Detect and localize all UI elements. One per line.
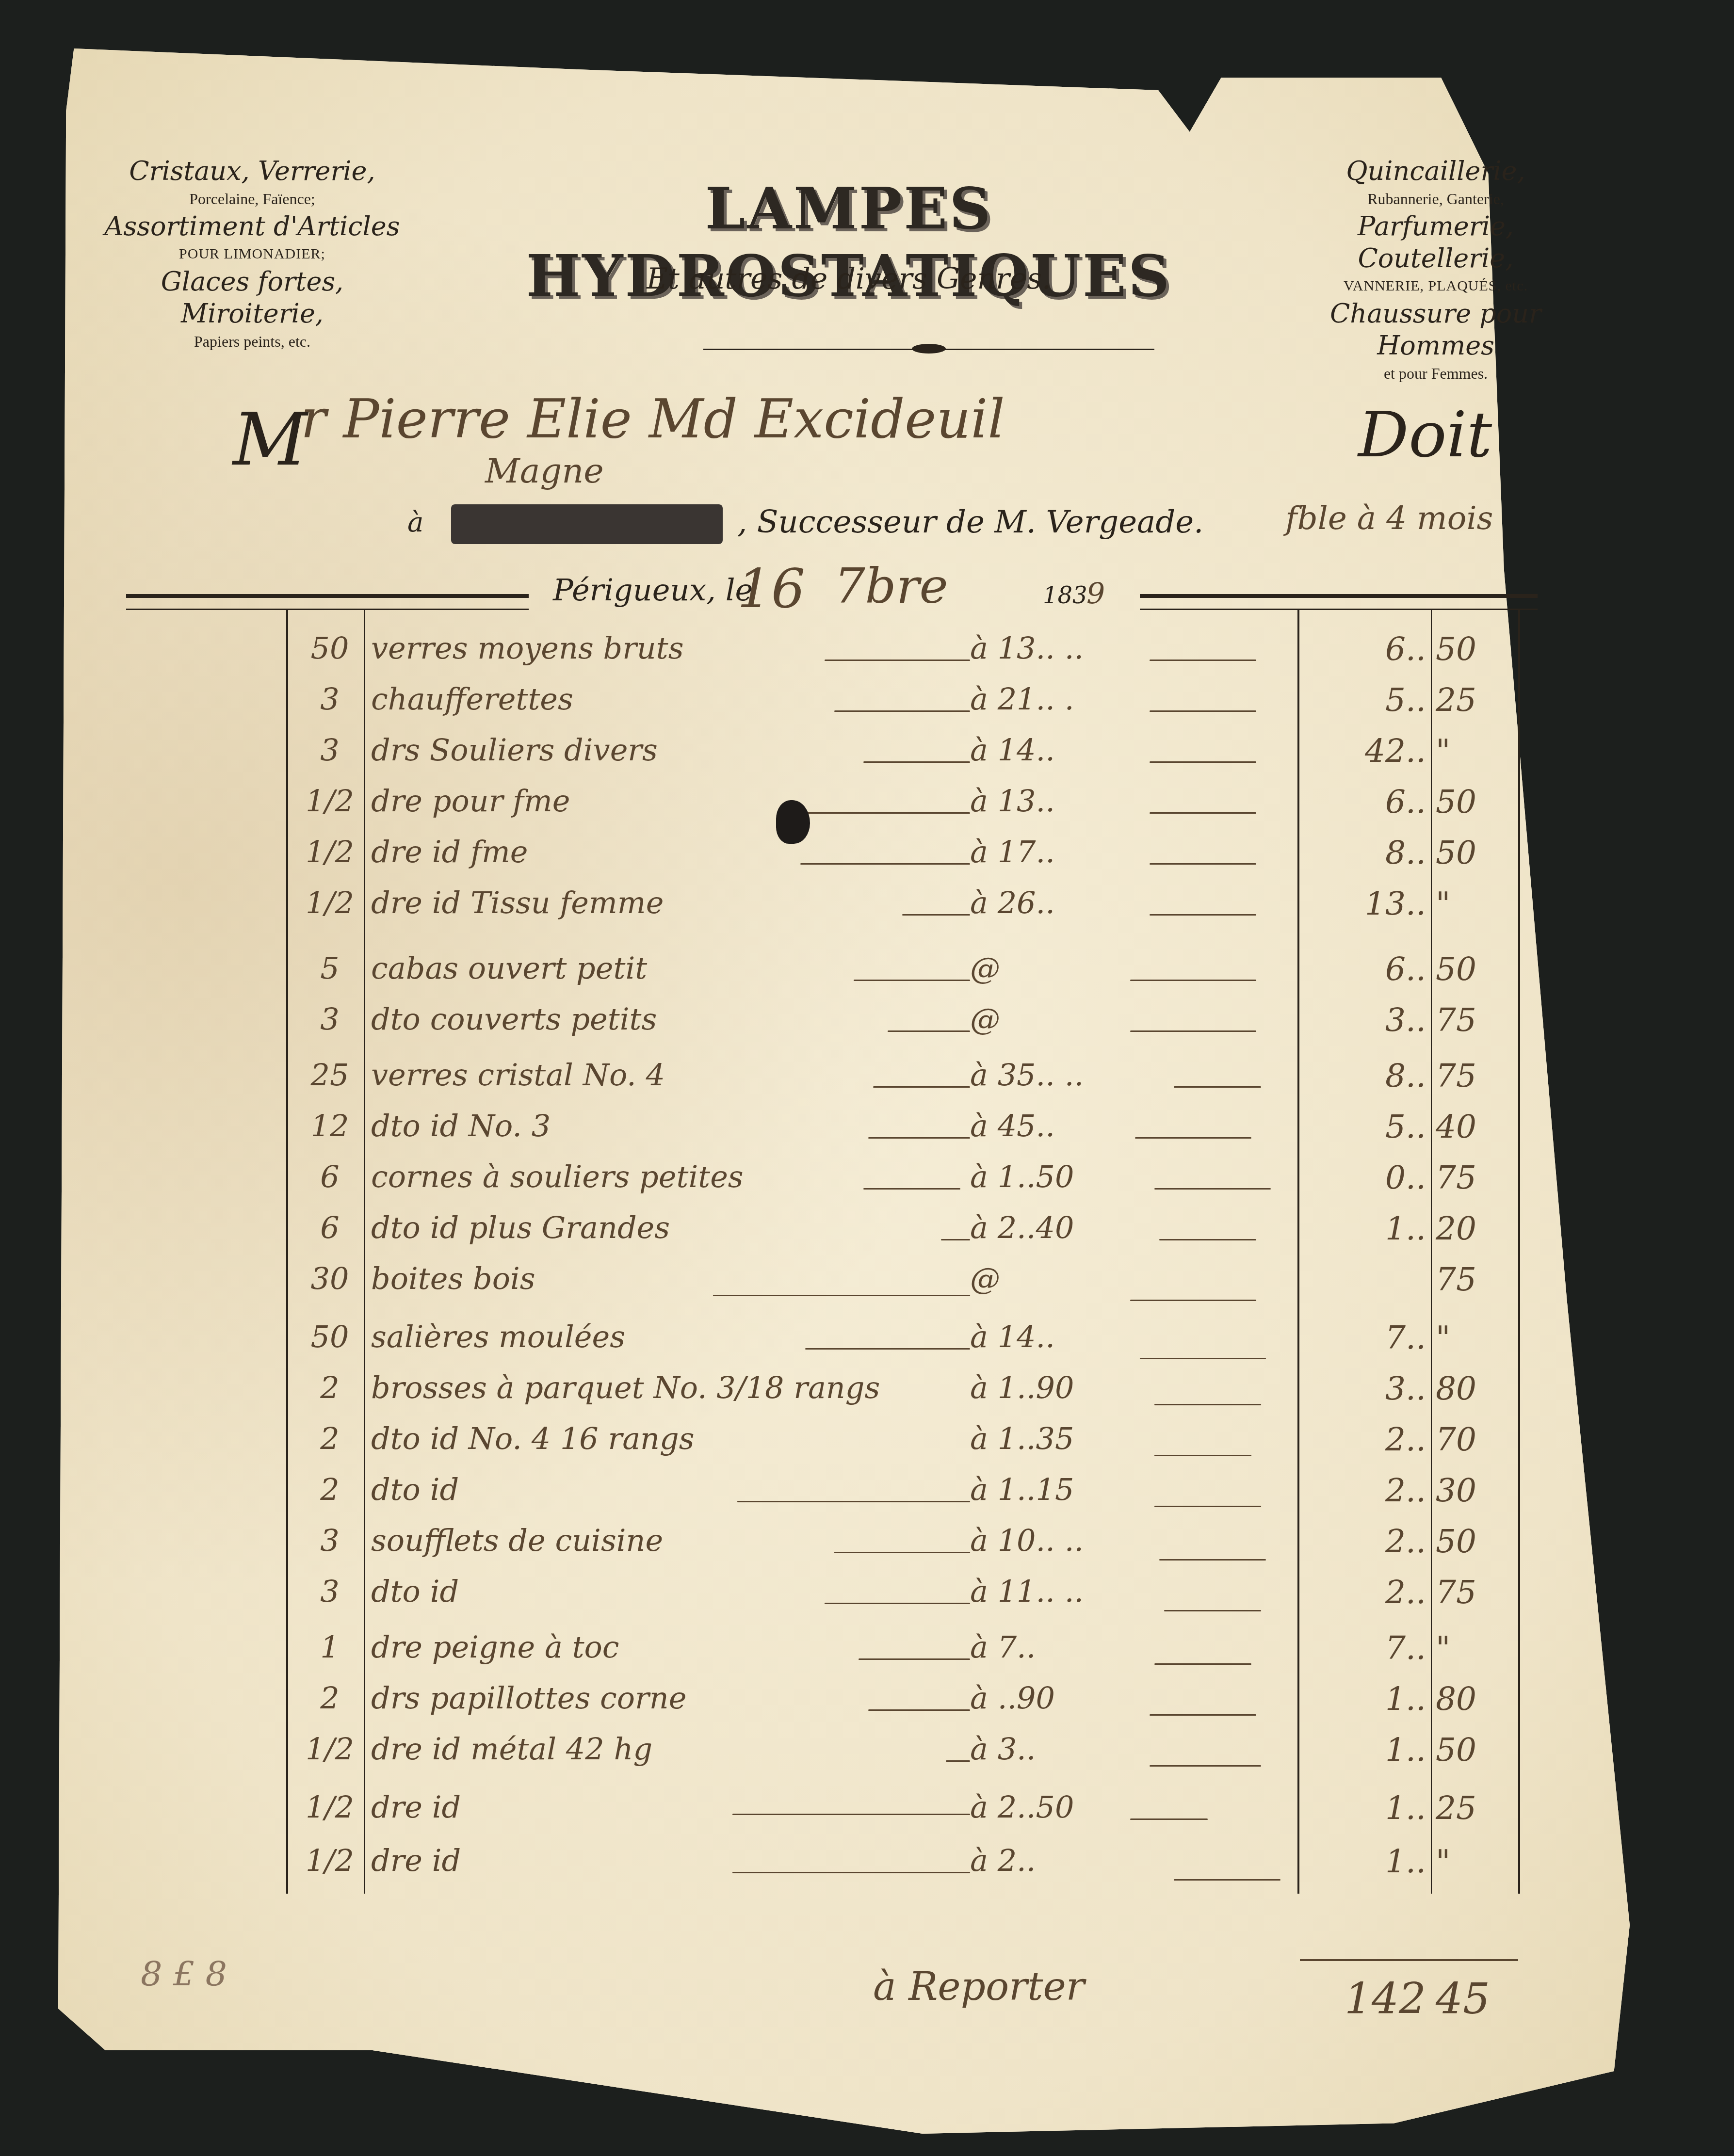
- item-cents: 75: [1436, 1001, 1508, 1039]
- letterhead-left-line: Porcelaine, Faïence;: [102, 187, 403, 210]
- item-price: à 1..50: [970, 1159, 1164, 1194]
- item-price: à 1..35: [970, 1421, 1164, 1456]
- item-francs: 7..: [1310, 1319, 1426, 1356]
- item-cents: 30: [1436, 1472, 1508, 1509]
- date-rule-left: [126, 594, 529, 610]
- item-cents: ": [1436, 1629, 1508, 1667]
- item-qty: 1/2: [291, 1843, 369, 1878]
- letterhead-left-line: Papiers peints, etc.: [102, 330, 403, 353]
- item-cents: 25: [1436, 1789, 1508, 1827]
- letterhead-left-line: POUR LIMONADIER;: [102, 242, 403, 266]
- item-francs: 5..: [1310, 1108, 1426, 1145]
- item-qty: 6: [291, 1159, 369, 1194]
- item-price: à 35.. ..: [970, 1057, 1164, 1093]
- item-price: à ..90: [970, 1680, 1164, 1716]
- item-francs: 2..: [1310, 1421, 1426, 1458]
- item-francs: 1..: [1310, 1789, 1426, 1827]
- item-qty: 1/2: [291, 1789, 369, 1825]
- item-francs: 1..: [1310, 1731, 1426, 1769]
- item-price: à 3..: [970, 1731, 1164, 1767]
- place-correction: Magne: [485, 451, 604, 491]
- item-desc: dto couverts petits: [371, 1001, 953, 1037]
- item-francs: 13..: [1310, 885, 1426, 922]
- item-francs: 3..: [1310, 1370, 1426, 1407]
- item-cents: ": [1436, 1843, 1508, 1880]
- column-rule-amount: [1297, 609, 1299, 1894]
- item-qty: 1/2: [291, 783, 369, 819]
- item-francs: 42..: [1310, 732, 1426, 770]
- date-day: 16: [737, 558, 805, 620]
- item-qty: 1/2: [291, 1731, 369, 1767]
- successor-text: , Successeur de M. Vergeade.: [737, 504, 1203, 540]
- item-cents: 75: [1436, 1057, 1508, 1094]
- letterhead-left-column: Cristaux, Verrerie, Porcelaine, Faïence;…: [102, 155, 403, 353]
- date-place: Périgueux, le: [553, 572, 753, 608]
- item-qty: 2: [291, 1472, 369, 1507]
- item-cents: 50: [1436, 630, 1508, 668]
- item-qty: 2: [291, 1680, 369, 1716]
- item-cents: 50: [1436, 1523, 1508, 1560]
- a-label: à: [407, 507, 423, 538]
- letterhead-right-line: Chaussure pour Hommes: [1300, 298, 1572, 362]
- item-francs: 1..: [1310, 1680, 1426, 1718]
- letterhead-left-line: Glaces fortes, Miroiterie,: [102, 266, 403, 330]
- item-cents: 50: [1436, 950, 1508, 988]
- carry-forward-label: à Reporter: [873, 1964, 1085, 2009]
- item-qty: 50: [291, 1319, 369, 1354]
- item-desc: dto id No. 3: [371, 1108, 953, 1143]
- item-francs: 3..: [1310, 1001, 1426, 1039]
- item-desc: dre id Tissu femme: [371, 885, 953, 920]
- column-rule-right: [1518, 609, 1520, 1894]
- item-cents: 75: [1436, 1159, 1508, 1196]
- total-rule: [1300, 1959, 1518, 1961]
- date-year-suffix: 9: [1086, 577, 1105, 611]
- column-rule-qty: [286, 609, 288, 1894]
- item-qty: 25: [291, 1057, 369, 1093]
- item-price: à 7..: [970, 1629, 1164, 1665]
- item-francs: 6..: [1310, 630, 1426, 668]
- item-price: à 1..15: [970, 1472, 1164, 1507]
- item-cents: 50: [1436, 834, 1508, 871]
- item-cents: ": [1436, 885, 1508, 922]
- item-price: à 1..90: [970, 1370, 1164, 1405]
- redacted-place: [451, 504, 723, 544]
- letterhead-subtitle: Et autres de divers Genres.: [417, 262, 1280, 296]
- date-month: 7bre: [834, 558, 948, 614]
- item-qty: 2: [291, 1421, 369, 1456]
- ink-blot: [776, 800, 810, 844]
- item-price: à 10.. ..: [970, 1523, 1164, 1558]
- item-desc: verres cristal No. 4: [371, 1057, 953, 1093]
- item-price: à 17..: [970, 834, 1164, 869]
- item-cents: 25: [1436, 681, 1508, 719]
- addressee-prefix: M: [233, 398, 308, 482]
- addressee-name: r Pierre Elie Md Excideuil: [301, 388, 1005, 450]
- total-cents: 45: [1436, 1974, 1490, 2024]
- item-qty: 12: [291, 1108, 369, 1143]
- letterhead-right-line: Rubannerie, Ganterie,: [1300, 187, 1572, 210]
- letterhead-right-line: et pour Femmes.: [1300, 362, 1572, 385]
- item-price: à 21.. .: [970, 681, 1164, 717]
- item-qty: 50: [291, 630, 369, 666]
- item-price: à 14..: [970, 732, 1164, 768]
- item-qty: 30: [291, 1261, 369, 1296]
- item-cents: 80: [1436, 1370, 1508, 1407]
- item-qty: 1/2: [291, 885, 369, 920]
- date-rule-right: [1140, 594, 1538, 610]
- date-year-prefix: 183: [1043, 582, 1087, 609]
- item-cents: ": [1436, 1319, 1508, 1356]
- letterhead-right-line: Quincaillerie,: [1300, 155, 1572, 187]
- item-cents: 20: [1436, 1210, 1508, 1247]
- item-cents: 40: [1436, 1108, 1508, 1145]
- item-qty: 1/2: [291, 834, 369, 869]
- item-francs: 0..: [1310, 1159, 1426, 1196]
- item-qty: 3: [291, 732, 369, 768]
- item-cents: ": [1436, 732, 1508, 770]
- item-cents: 75: [1436, 1261, 1508, 1298]
- item-qty: 1: [291, 1629, 369, 1665]
- item-price: à 14..: [970, 1319, 1164, 1354]
- item-francs: 6..: [1310, 783, 1426, 821]
- item-francs: 1..: [1310, 1210, 1426, 1247]
- item-francs: 2..: [1310, 1472, 1426, 1509]
- item-cents: 80: [1436, 1680, 1508, 1718]
- total-francs: 142: [1310, 1974, 1426, 2024]
- item-francs: 2..: [1310, 1574, 1426, 1611]
- letterhead-left-line: Assortiment d'Articles: [102, 210, 403, 242]
- item-qty: 5: [291, 950, 369, 986]
- item-desc: dto id No. 4 16 rangs: [371, 1421, 953, 1456]
- item-cents: 50: [1436, 783, 1508, 821]
- letterhead-right-line: VANNERIE, PLAQUÉS, etc.: [1300, 274, 1572, 298]
- item-desc: dre id: [371, 1789, 953, 1825]
- item-francs: 2..: [1310, 1523, 1426, 1560]
- item-price: @: [970, 1261, 1164, 1296]
- payment-terms: fble à 4 mois: [1285, 499, 1493, 537]
- item-price: à 2..: [970, 1843, 1164, 1878]
- item-francs: 8..: [1310, 1057, 1426, 1094]
- item-desc: dre id métal 42 hg: [371, 1731, 953, 1767]
- item-qty: 3: [291, 1001, 369, 1037]
- item-qty: 3: [291, 1574, 369, 1609]
- item-francs: 8..: [1310, 834, 1426, 871]
- item-price: à 13.. ..: [970, 630, 1164, 666]
- doit-label: Doit: [1358, 398, 1492, 471]
- item-desc: dto id plus Grandes: [371, 1210, 953, 1245]
- item-francs: 5..: [1310, 681, 1426, 719]
- item-francs: 1..: [1310, 1843, 1426, 1880]
- item-desc: brosses à parquet No. 3/18 rangs: [371, 1370, 953, 1405]
- item-francs: 6..: [1310, 950, 1426, 988]
- ornamental-rule: [703, 347, 1154, 352]
- item-francs: 7..: [1310, 1629, 1426, 1667]
- item-price: à 11.. ..: [970, 1574, 1164, 1609]
- item-desc: boites bois: [371, 1261, 953, 1296]
- item-cents: 75: [1436, 1574, 1508, 1611]
- margin-note: 8 £ 8: [141, 1954, 227, 1994]
- item-qty: 2: [291, 1370, 369, 1405]
- letterhead-right-line: Parfumerie, Coutellerie,: [1300, 210, 1572, 274]
- item-cents: 50: [1436, 1731, 1508, 1769]
- item-qty: 3: [291, 1523, 369, 1558]
- letterhead-right-column: Quincaillerie, Rubannerie, Ganterie, Par…: [1300, 155, 1572, 385]
- column-rule-cents: [1431, 609, 1432, 1894]
- item-qty: 3: [291, 681, 369, 717]
- letterhead-left-line: Cristaux, Verrerie,: [102, 155, 403, 187]
- item-cents: 70: [1436, 1421, 1508, 1458]
- item-price: à 2..40: [970, 1210, 1164, 1245]
- item-qty: 6: [291, 1210, 369, 1245]
- item-desc: drs papillottes corne: [371, 1680, 953, 1716]
- item-price: à 26..: [970, 885, 1164, 920]
- item-price: à 13..: [970, 783, 1164, 819]
